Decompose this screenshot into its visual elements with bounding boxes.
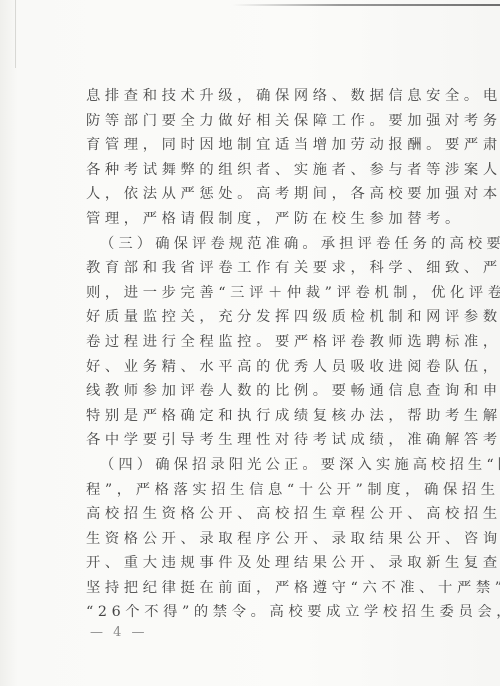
text-line: 线教师参加评卷人数的比例。要畅通信息查询和申诉维权渠道， <box>86 379 438 404</box>
text-line: 程”，严格落实招生信息“十公开”制度，确保招生政策公开、 <box>86 478 438 503</box>
text-line: 人，依法从严惩处。高考期间，各高校要加强对本校学生的教育 <box>86 182 438 207</box>
page-top-edge-shadow <box>232 4 500 6</box>
text-line: 则，进一步完善“三评＋仲裁”评卷机制，优化评卷流程。要把 <box>86 281 438 306</box>
text-line: 息排查和技术升级，确保网络、数据信息安全。电力、环保、消 <box>86 84 438 109</box>
document-body: 息排查和技术升级，确保网络、数据信息安全。电力、环保、消 防等部门要全力做好相关… <box>86 84 438 625</box>
text-line: 各种考试舞弊的组织者、实施者、参与者等涉案人员和相关责任 <box>86 158 438 183</box>
text-line: 好质量监控关，充分发挥四级质检机制和网评参数的作用，对评 <box>86 305 438 330</box>
document-page: 息排查和技术升级，确保网络、数据信息安全。电力、环保、消 防等部门要全力做好相关… <box>0 0 500 686</box>
text-line: 特别是严格确定和执行成绩复核办法，帮助考生解决合理诉求。 <box>86 404 438 429</box>
text-line: 防等部门要全力做好相关保障工作。要加强对考务工作人员的教 <box>86 109 438 134</box>
section-heading-line: （三）确保评卷规范准确。承担评卷任务的高校要严格按照 <box>86 232 438 257</box>
text-line: 育管理，同时因地制宜适当增加劳动报酬。要严肃考风考纪，对 <box>86 133 438 158</box>
text-line: 教育部和我省评卷工作有关要求，科学、细致、严谨制定评卷细 <box>86 256 438 281</box>
text-line: 开、重大违规事件及处理结果公开、录取新生复查结果公开。要 <box>86 551 438 576</box>
page-left-edge <box>15 0 16 68</box>
text-line: 好、业务精、水平高的优秀人员吸收进阅卷队伍，并确保中学一 <box>86 355 438 380</box>
text-line: 管理，严格请假制度，严防在校生参加替考。 <box>86 207 438 232</box>
section-heading-line: （四）确保招录阳光公正。要深入实施高校招生“阳光工 <box>86 453 438 478</box>
text-line: 卷过程进行全程监控。要严格评卷教师选聘标准，切实把素质 <box>86 330 438 355</box>
text-line: 生资格公开、录取程序公开、录取结果公开、咨询及申诉渠道公 <box>86 527 438 552</box>
text-line: 各中学要引导考生理性对待考试成绩，准确解答考生疑问。 <box>86 428 438 453</box>
page-number: — 4 — <box>90 625 148 640</box>
text-line: “26个不得”的禁令。高校要成立学校招生委员会，吸纳教师、 <box>86 600 438 625</box>
text-line: 坚持把纪律挺在前面，严格遵守“六不准、十严禁”的规定和 <box>86 576 438 601</box>
text-line: 高校招生资格公开、高校招生章程公开、高校招生计划公开、考 <box>86 502 438 527</box>
